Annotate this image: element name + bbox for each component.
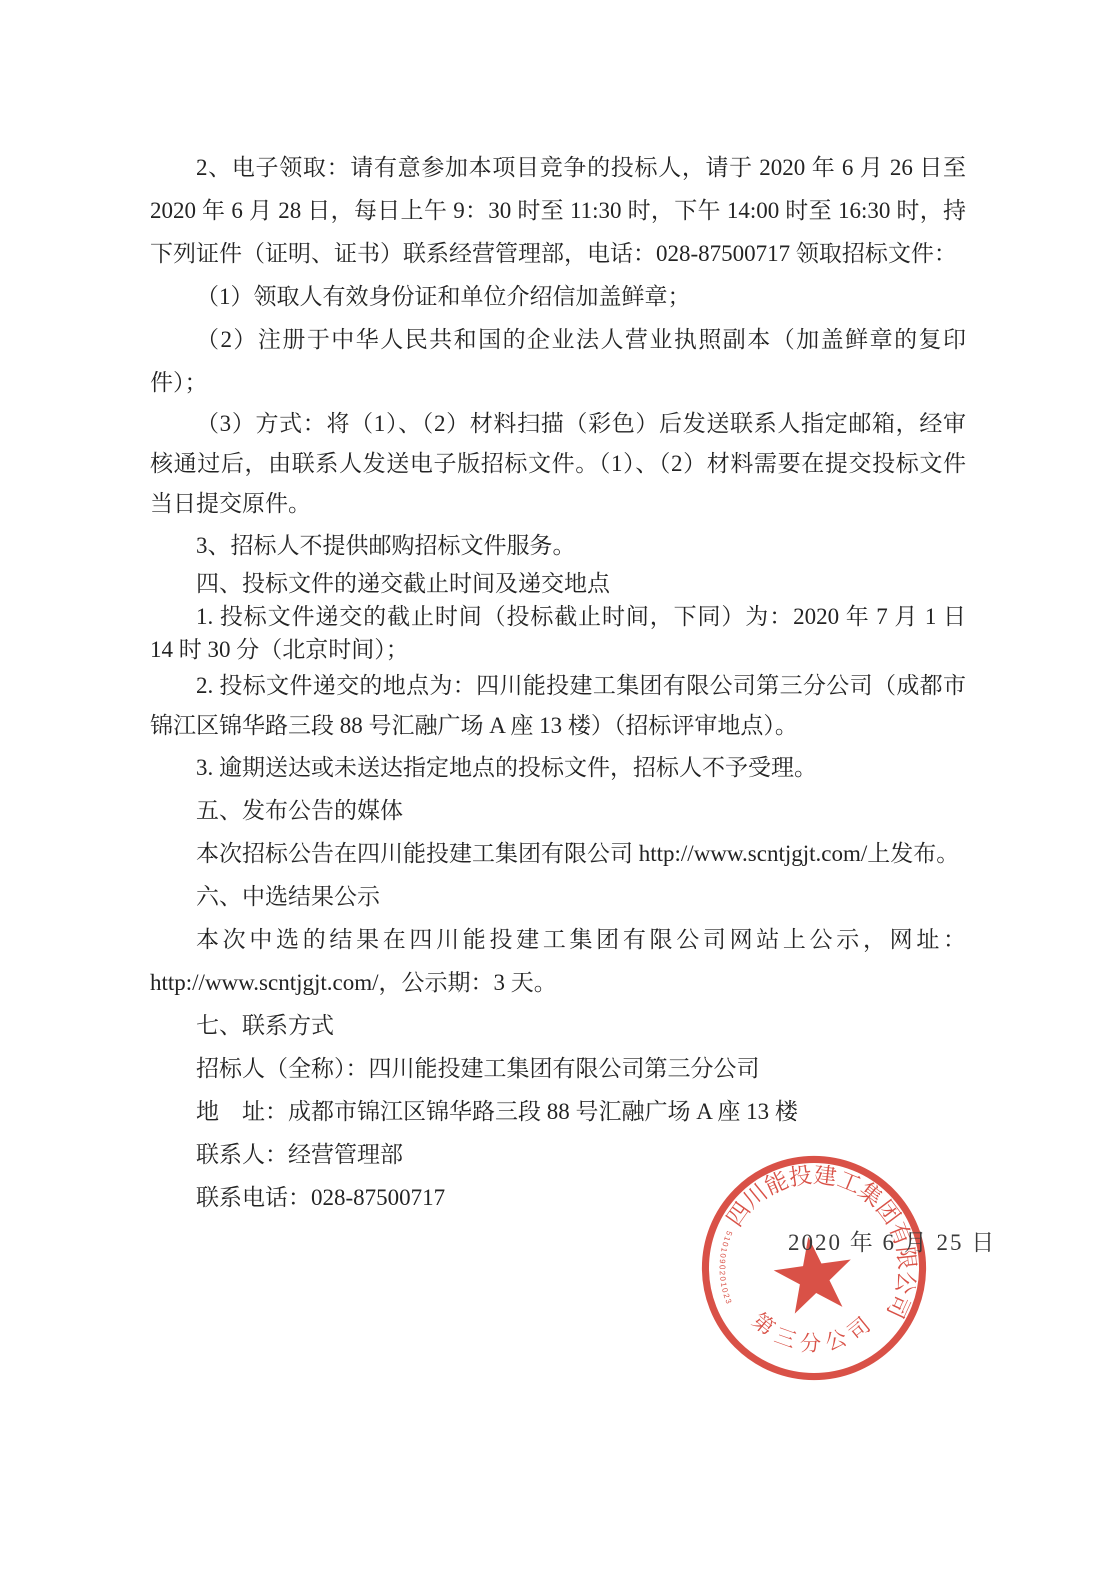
document-page: 2、电子领取：请有意参加本项目竞争的投标人，请于 2020 年 6 月 26 日… <box>0 0 1112 1572</box>
company-seal-stamp: 四川能投建工集团有限公司 第三分公司 5101090201023 <box>696 1150 932 1386</box>
paragraph: 3、招标人不提供邮购招标文件服务。 <box>150 524 966 567</box>
paragraph: 1. 投标文件递交的截止时间（投标截止时间，下同）为：2020 年 7 月 1 … <box>150 600 966 666</box>
paragraph: （3）方式：将（1）、（2）材料扫描（彩色）后发送联系人指定邮箱，经审核通过后，… <box>150 404 966 524</box>
paragraph: （1）领取人有效身份证和单位介绍信加盖鲜章； <box>150 275 966 318</box>
seal-graphic: 四川能投建工集团有限公司 第三分公司 5101090201023 <box>696 1150 932 1386</box>
paragraph: （2）注册于中华人民共和国的企业法人营业执照副本（加盖鲜章的复印件）； <box>150 318 966 404</box>
section-heading: 七、联系方式 <box>150 1004 966 1047</box>
section-heading: 六、中选结果公示 <box>150 875 966 918</box>
paragraph: 招标人（全称）：四川能投建工集团有限公司第三分公司 <box>150 1047 966 1090</box>
signature-date: 2020 年 6 月 25 日 <box>788 1224 996 1257</box>
seal-branch-name: 第三分公司 <box>748 1308 881 1355</box>
document-body: 2、电子领取：请有意参加本项目竞争的投标人，请于 2020 年 6 月 26 日… <box>150 146 966 1219</box>
paragraph: 地 址：成都市锦江区锦华路三段 88 号汇融广场 A 座 13 楼 <box>150 1090 966 1133</box>
seal-serial-number: 5101090201023 <box>718 1230 734 1307</box>
paragraph: 本次中选的结果在四川能投建工集团有限公司网站上公示，网址：http://www.… <box>150 918 966 1004</box>
section-heading: 五、发布公告的媒体 <box>150 789 966 832</box>
paragraph: 2. 投标文件递交的地点为：四川能投建工集团有限公司第三分公司（成都市锦江区锦华… <box>150 666 966 746</box>
paragraph: 2、电子领取：请有意参加本项目竞争的投标人，请于 2020 年 6 月 26 日… <box>150 146 966 275</box>
paragraph: 3. 逾期送达或未送达指定地点的投标文件，招标人不予受理。 <box>150 746 966 789</box>
section-heading: 四、投标文件的递交截止时间及递交地点 <box>150 567 966 600</box>
paragraph: 本次招标公告在四川能投建工集团有限公司 http://www.scntjgjt.… <box>150 832 966 875</box>
